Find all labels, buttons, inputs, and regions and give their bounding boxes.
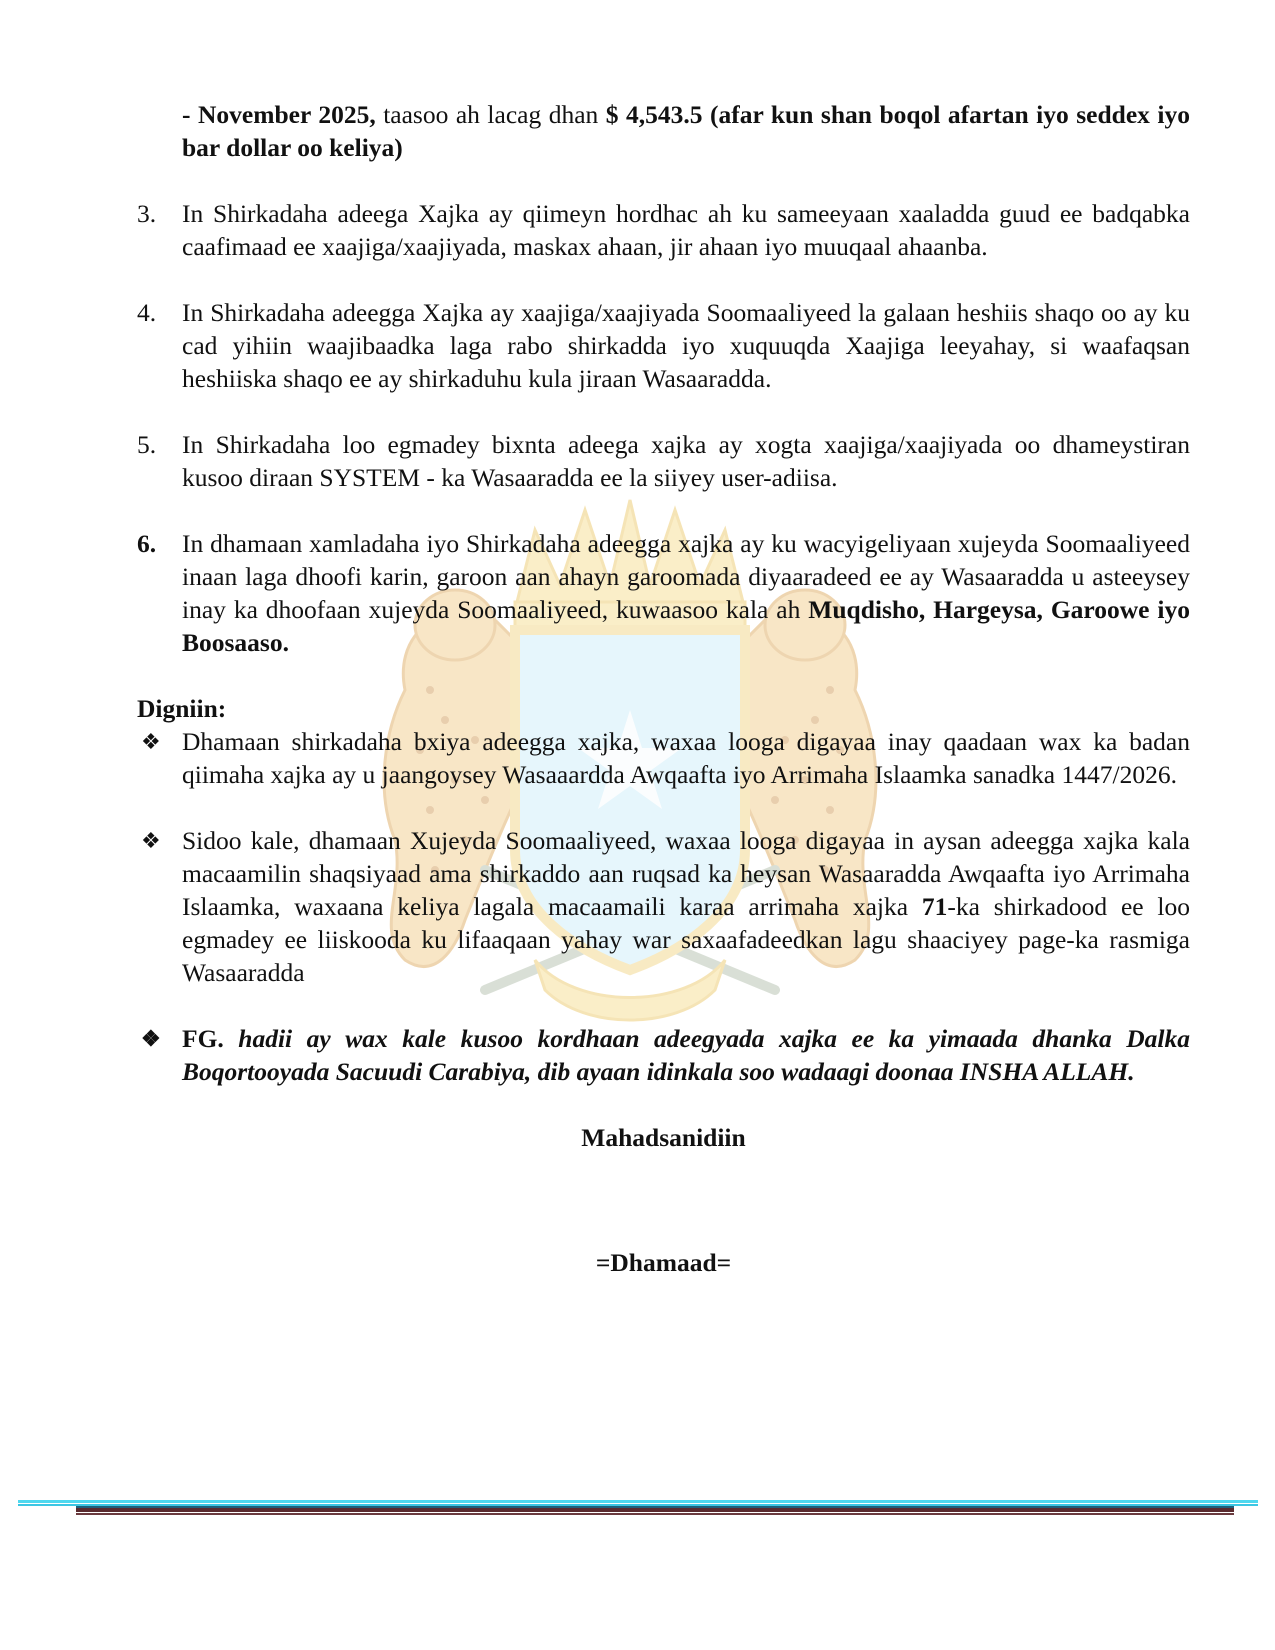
company-count: 71 xyxy=(922,892,948,921)
bullet-text: Dhamaan shirkadaha bxiya adeegga xajka, … xyxy=(182,727,1190,789)
item-text: In Shirkadaha adeegga Xajka ay xaajiga/x… xyxy=(182,298,1190,393)
numbered-item-5: 5. In Shirkadaha loo egmadey bixnta adee… xyxy=(137,428,1190,494)
item-number: 3. xyxy=(137,197,156,230)
warning-heading: Digniin: xyxy=(137,692,1190,725)
diamond-bullet-icon: ❖ xyxy=(141,824,161,857)
item-number: 5. xyxy=(137,428,156,461)
item-text: In Shirkadaha loo egmadey bixnta adeega … xyxy=(182,430,1190,492)
numbered-item-4: 4. In Shirkadaha adeegga Xajka ay xaajig… xyxy=(137,296,1190,395)
warning-bullet-2: ❖ Sidoo kale, dhamaan Xujeyda Soomaaliye… xyxy=(137,824,1190,989)
warning-bullet-1: ❖ Dhamaan shirkadaha bxiya adeegga xajka… xyxy=(137,725,1190,791)
closing-thanks: Mahadsanidiin xyxy=(137,1121,1190,1154)
note-lead: FG. xyxy=(182,1024,224,1053)
intro-date: - November 2025, xyxy=(182,100,376,129)
intro-text: taasoo ah lacag dhan xyxy=(376,100,606,129)
footer-rule-cyan xyxy=(18,1500,1258,1503)
note-bullet: ❖ FG. hadii ay wax kale kusoo kordhaan a… xyxy=(137,1022,1190,1088)
numbered-item-6: 6. In dhamaan xamladaha iyo Shirkadaha a… xyxy=(137,527,1190,659)
item-number: 6. xyxy=(137,527,156,560)
item-number: 4. xyxy=(137,296,156,329)
diamond-bullet-icon: ❖ xyxy=(141,725,161,758)
document-page: - November 2025, taasoo ah lacag dhan $ … xyxy=(0,0,1275,1650)
diamond-bullet-icon: ❖ xyxy=(141,1022,161,1055)
document-body: - November 2025, taasoo ah lacag dhan $ … xyxy=(137,98,1190,1305)
note-text: hadii ay wax kale kusoo kordhaan adeegya… xyxy=(182,1024,1190,1086)
end-marker: =Dhamaad= xyxy=(137,1246,1190,1279)
footer-rule-maroon-thin xyxy=(76,1513,1234,1515)
footer-rule-maroon xyxy=(76,1508,1234,1512)
numbered-item-3: 3. In Shirkadaha adeega Xajka ay qiimeyn… xyxy=(137,197,1190,263)
intro-continuation: - November 2025, taasoo ah lacag dhan $ … xyxy=(182,98,1190,164)
item-text: In Shirkadaha adeega Xajka ay qiimeyn ho… xyxy=(182,199,1190,261)
